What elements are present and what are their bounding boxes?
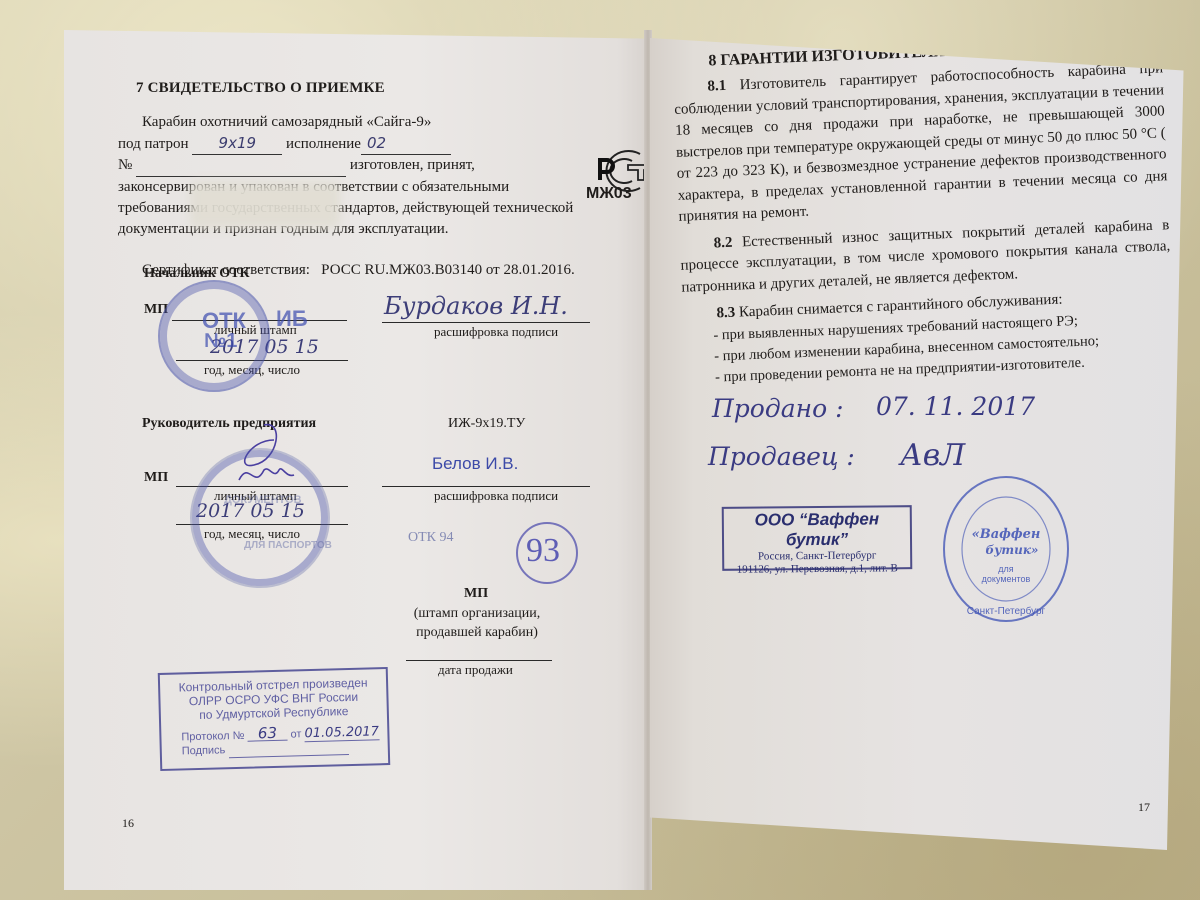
director-mp-label: МП	[144, 470, 168, 486]
right-page: 8 ГАРАНТИИ ИЗГОТОВИТЕЛЯ 8.1 Изготовитель…	[650, 38, 1200, 850]
seller-stamp-caption: (штамп организации, продавшей карабин)	[412, 604, 542, 642]
left-page: 7 СВИДЕТЕЛЬСТВО О ПРИЕМКЕ Карабин охотни…	[64, 30, 646, 890]
gost-code: МЖ03	[586, 185, 632, 203]
seller-mp-label: МП	[464, 586, 488, 602]
page-number-right: 17	[1138, 800, 1150, 815]
svg-text:бутик»: бутик»	[986, 543, 1039, 557]
cartridge-line: под патрон 9x19 исполнение02	[118, 133, 600, 155]
svg-text:«Ваффен: «Ваффен	[972, 527, 1041, 542]
otk-decoded-signature: Бурдаков И.Н.	[384, 292, 568, 320]
svg-text:документов: документов	[982, 574, 1031, 584]
otk-94-stamp: ОТК 94	[408, 530, 454, 546]
serial-line: № изготовлен, принят,	[118, 155, 600, 177]
director-round-stamp	[190, 448, 330, 588]
otk-head-title: Начальник ОТК	[144, 266, 250, 282]
paragraph-8-1: 8.1 Изготовитель гарантирует работоспосо…	[673, 58, 1169, 228]
section-title-acceptance: 7 СВИДЕТЕЛЬСТВО О ПРИЕМКЕ	[136, 80, 385, 97]
seller-signature: АвЛ	[900, 438, 965, 473]
protocol-number: 63	[247, 726, 287, 742]
director-name-stamp: Белов И.В.	[432, 454, 518, 474]
seller-label-handwritten: Продавец :	[708, 442, 855, 471]
intro-line: Карабин охотничий самозарядный «Сайга-9»	[118, 112, 600, 133]
sold-date-handwritten: 07. 11. 2017	[876, 392, 1035, 421]
svg-text:для: для	[998, 564, 1014, 574]
warranty-text: 8 ГАРАНТИИ ИЗГОТОВИТЕЛЯ 8.1 Изготовитель…	[672, 38, 1175, 389]
redacted-serial-number	[190, 182, 340, 228]
control-shot-stamp: Контрольный отстрел произведен ОЛРР ОСРО…	[158, 667, 390, 771]
shop-rectangular-stamp: ООО “Ваффен бутик” Россия, Санкт-Петербу…	[722, 505, 913, 571]
sale-date-caption: дата продажи	[438, 662, 513, 678]
svg-text:Санкт-Петербург: Санкт-Петербург	[967, 605, 1046, 617]
version-value: 02	[361, 133, 451, 155]
shop-round-seal: «Ваффен бутик» для документов Санкт-Пете…	[940, 474, 1072, 624]
cartridge-value: 9x19	[192, 133, 282, 155]
spec-code: ИЖ-9х19.ТУ	[448, 416, 525, 432]
page-number-left: 16	[122, 816, 134, 831]
sold-label-handwritten: Продано :	[712, 394, 844, 423]
paragraph-8-2: 8.2 Естественный износ защитных покрытий…	[679, 215, 1171, 299]
